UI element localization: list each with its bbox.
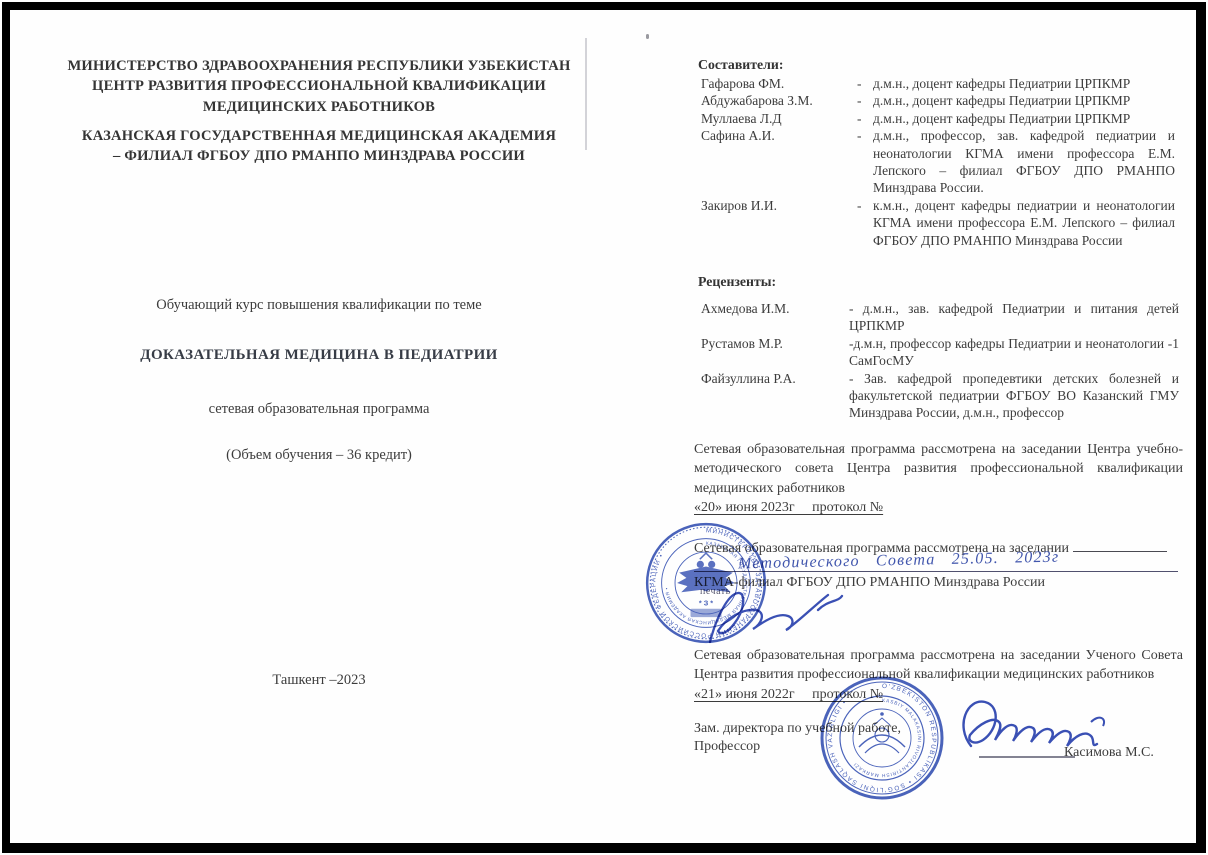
ministry-line-2: ЦЕНТР РАЗВИТИЯ ПРОФЕССИОНАЛЬНОЙ КВАЛИФИК… bbox=[30, 76, 608, 96]
compiler-name: Гафарова ФМ. bbox=[701, 75, 857, 92]
reviewer-name: Рустамов М.Р. bbox=[701, 335, 849, 352]
approval-umc-text: Сетевая образовательная программа рассмо… bbox=[694, 442, 1183, 496]
approval-umc-paragraph: Сетевая образовательная программа рассмо… bbox=[694, 440, 1183, 517]
compiler-row: Закиров И.И. - к.м.н., доцент кафедры пе… bbox=[701, 197, 1177, 249]
kgma-round-stamp-icon: МИНИСТЕРСТВО ЗДРАВООХРАНЕНИЯ РОССИЙСКОЙ … bbox=[642, 519, 770, 647]
compiler-name: Закиров И.И. bbox=[701, 197, 857, 214]
uzbek-ministry-round-stamp-icon: O'ZBEKISTON RESPUBLIKASI • SOG'LIQNI SAQ… bbox=[817, 673, 947, 803]
compiler-desc: д.м.н., профессор, зав. кафедрой педиатр… bbox=[873, 127, 1175, 197]
scan-artifact-dot bbox=[646, 34, 649, 39]
stamp-center-mark: * З * bbox=[699, 599, 713, 608]
svg-text:KASBIY MALAKASINI RIVOJLANTIRI: KASBIY MALAKASINI RIVOJLANTIRISH MARKAZI bbox=[852, 698, 922, 778]
document-sheet: МИНИСТЕРСТВО ЗДРАВООХРАНЕНИЯ РЕСПУБЛИКИ … bbox=[10, 10, 1196, 843]
reviewer-desc: - д.м.н., зав. кафедрой Педиатрии и пита… bbox=[849, 300, 1179, 335]
compiler-desc: д.м.н., доцент кафедры Педиатрии ЦРПКМР bbox=[873, 110, 1175, 127]
reviewer-row: Файзуллина Р.А. - Зав. кафедрой пропедев… bbox=[701, 370, 1179, 422]
signatory-role-line2: Профессор bbox=[694, 737, 760, 756]
compiler-row: Муллаева Л.Д - д.м.н., доцент кафедры Пе… bbox=[701, 110, 1177, 127]
stamp-banner bbox=[691, 609, 722, 617]
compiler-name: Абдужабарова З.М. bbox=[701, 92, 857, 109]
academy-line-1: КАЗАНСКАЯ ГОСУДАРСТВЕННАЯ МЕДИЦИНСКАЯ АК… bbox=[30, 126, 608, 146]
academy-header: КАЗАНСКАЯ ГОСУДАРСТВЕННАЯ МЕДИЦИНСКАЯ АК… bbox=[30, 126, 608, 167]
title-page: МИНИСТЕРСТВО ЗДРАВООХРАНЕНИЯ РЕСПУБЛИКИ … bbox=[30, 10, 608, 843]
volume-line: (Объем обучения – 36 кредит) bbox=[30, 447, 608, 464]
reviewers-heading: Рецензенты: bbox=[698, 274, 776, 290]
dash-separator: - bbox=[857, 197, 873, 214]
dash-separator: - bbox=[857, 127, 873, 144]
compiler-row: Гафарова ФМ. - д.м.н., доцент кафедры Пе… bbox=[701, 75, 1177, 92]
signer-name: Касимова М.С. bbox=[1064, 743, 1154, 762]
course-intro-line: Обучающий курс повышения квалификации по… bbox=[30, 297, 608, 314]
compiler-desc: д.м.н., доцент кафедры Педиатрии ЦРПКМР bbox=[873, 92, 1175, 109]
blank-fill-line bbox=[1073, 538, 1167, 552]
compilers-table: Гафарова ФМ. - д.м.н., доцент кафедры Пе… bbox=[701, 75, 1177, 249]
program-type-line: сетевая образовательная программа bbox=[30, 401, 608, 418]
protocol-line-2023: «20» июня 2023г протокол № bbox=[694, 498, 1183, 517]
stamp-inner-ring-text: KASBIY MALAKASINI RIVOJLANTIRISH MARKAZI bbox=[852, 698, 922, 778]
compilers-heading: Составители: bbox=[698, 57, 783, 73]
scanned-document-view: МИНИСТЕРСТВО ЗДРАВООХРАНЕНИЯ РЕСПУБЛИКИ … bbox=[0, 0, 1208, 855]
reviewers-table: Ахмедова И.М. - д.м.н., зав. кафедрой Пе… bbox=[701, 300, 1179, 422]
reviewer-row: Рустамов М.Р. -д.м.н, профессор кафедры … bbox=[701, 335, 1179, 370]
reviewer-row: Ахмедова И.М. - д.м.н., зав. кафедрой Пе… bbox=[701, 300, 1179, 335]
compiler-desc: д.м.н., доцент кафедры Педиатрии ЦРПКМР bbox=[873, 75, 1175, 92]
ministry-line-3: МЕДИЦИНСКИХ РАБОТНИКОВ bbox=[30, 97, 608, 117]
compiler-name: Муллаева Л.Д bbox=[701, 110, 857, 127]
compiler-desc: к.м.н., доцент кафедры педиатрии и неона… bbox=[873, 197, 1175, 249]
ministry-header: МИНИСТЕРСТВО ЗДРАВООХРАНЕНИЯ РЕСПУБЛИКИ … bbox=[30, 56, 608, 117]
reviewer-name: Ахмедова И.М. bbox=[701, 300, 849, 317]
compiler-name: Сафина А.И. bbox=[701, 127, 857, 144]
uzbek-emblem-icon bbox=[859, 712, 905, 753]
compiler-row: Сафина А.И. - д.м.н., профессор, зав. ка… bbox=[701, 127, 1177, 197]
ministry-line-1: МИНИСТЕРСТВО ЗДРАВООХРАНЕНИЯ РЕСПУБЛИКИ … bbox=[30, 56, 608, 76]
dash-separator: - bbox=[857, 92, 873, 109]
compiler-row: Абдужабарова З.М. - д.м.н., доцент кафед… bbox=[701, 92, 1177, 109]
reviewer-desc: -д.м.н, профессор кафедры Педиатрии и не… bbox=[849, 335, 1179, 370]
academy-line-2: – ФИЛИАЛ ФГБОУ ДПО РМАНПО МИНЗДРАВА РОСС… bbox=[30, 146, 608, 166]
reviewer-desc: - Зав. кафедрой пропедевтики детских бол… bbox=[849, 370, 1179, 422]
dash-separator: - bbox=[857, 110, 873, 127]
program-title: ДОКАЗАТЕЛЬНАЯ МЕДИЦИНА В ПЕДИАТРИИ bbox=[30, 347, 608, 364]
reviewer-name: Файзуллина Р.А. bbox=[701, 370, 849, 387]
city-year-line: Ташкент –2023 bbox=[30, 672, 608, 689]
dash-separator: - bbox=[857, 75, 873, 92]
